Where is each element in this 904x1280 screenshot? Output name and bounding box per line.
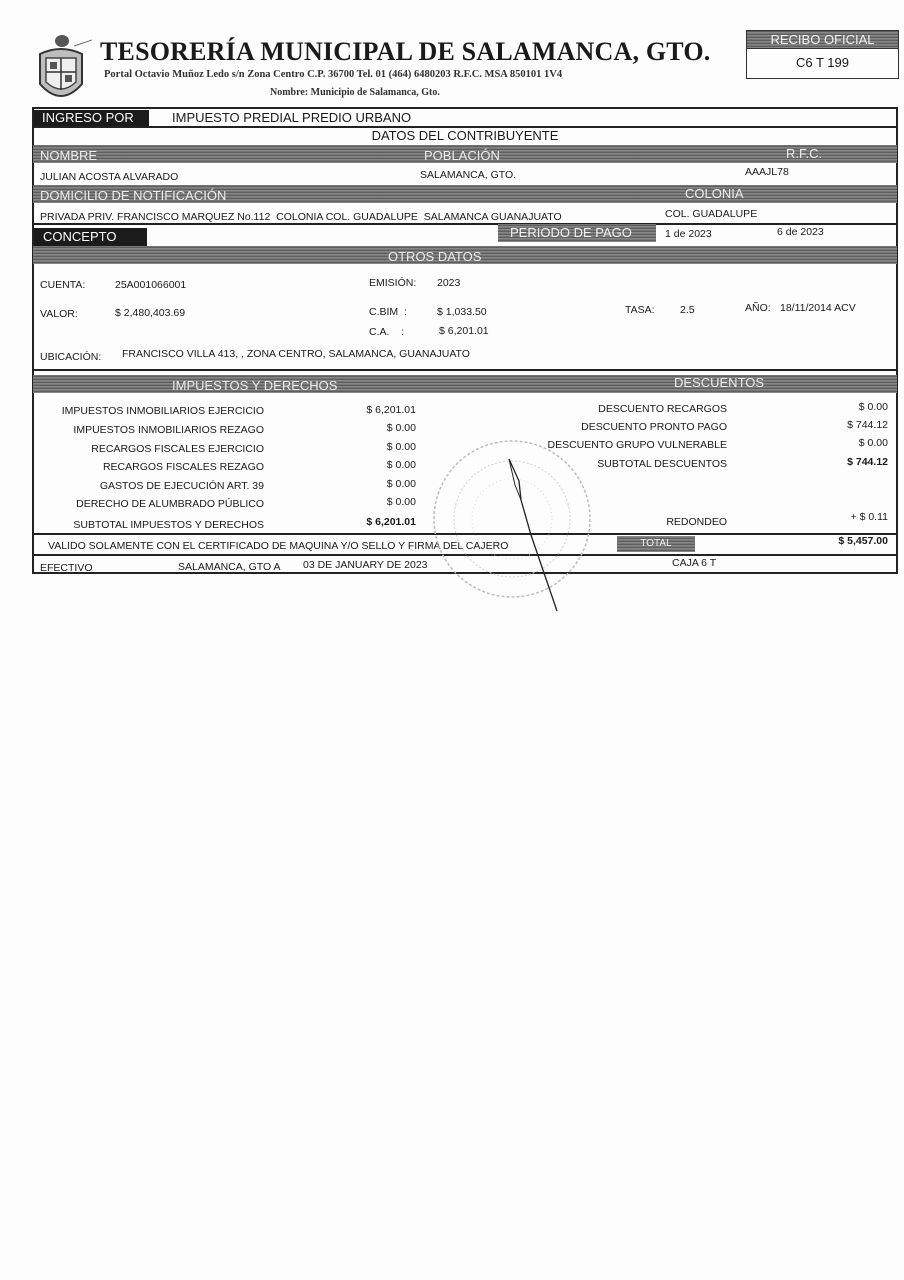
- valor-value: $ 2,480,403.69: [115, 307, 185, 319]
- impuestos-title: IMPUESTOS Y DERECHOS: [172, 378, 337, 393]
- cbim-label: C.BIM :: [369, 306, 407, 318]
- periodo-label: PERIODO DE PAGO: [498, 224, 656, 242]
- rfc-label: R.F.C.: [786, 146, 822, 161]
- impuestos-subtotal-value: $ 6,201.01: [330, 516, 416, 528]
- treasury-address: Portal Octavio Muñoz Ledo s/n Zona Centr…: [104, 69, 562, 80]
- descuento-row-label: DESCUENTO RECARGOS: [500, 403, 727, 415]
- descuento-row-amount: $ 0.00: [800, 437, 888, 449]
- emision-label: EMISIÓN:: [369, 277, 416, 289]
- impuesto-row-amount: $ 0.00: [330, 459, 416, 471]
- treasury-title: TESORERÍA MUNICIPAL DE SALAMANCA, GTO.: [100, 37, 711, 67]
- nombre-label: NOMBRE: [40, 148, 97, 163]
- impuesto-row-label: IMPUESTOS INMOBILIARIOS REZAGO: [40, 424, 264, 436]
- emision-value: 2023: [437, 277, 460, 289]
- descuentos-title: DESCUENTOS: [674, 375, 764, 390]
- descuento-row-label: DESCUENTO PRONTO PAGO: [500, 421, 727, 433]
- poblacion-value: SALAMANCA, GTO.: [420, 169, 516, 181]
- periodo-hasta: 6 de 2023: [777, 226, 824, 238]
- cbim-value: $ 1,033.50: [437, 306, 487, 318]
- total-label: TOTAL: [617, 536, 695, 552]
- otros-datos-title: OTROS DATOS: [388, 249, 481, 264]
- ingreso-value: IMPUESTO PREDIAL PREDIO URBANO: [172, 110, 411, 125]
- impuesto-row-label: GASTOS DE EJECUCIÓN ART. 39: [40, 480, 264, 492]
- impuesto-row-label: DERECHO DE ALUMBRADO PÚBLICO: [40, 498, 264, 510]
- anio-value: 18/11/2014 ACV: [780, 302, 856, 314]
- domicilio-value: PRIVADA PRIV. FRANCISCO MARQUEZ No.112 C…: [40, 211, 562, 223]
- ubicacion-value: FRANCISCO VILLA 413, , ZONA CENTRO, SALA…: [122, 348, 470, 360]
- nombre-value: JULIAN ACOSTA ALVARADO: [40, 171, 178, 183]
- impuesto-row-label: IMPUESTOS INMOBILIARIOS EJERCICIO: [40, 405, 264, 417]
- poblacion-label: POBLACIÓN: [424, 148, 500, 163]
- coat-of-arms-logo: [30, 32, 92, 110]
- impuesto-row-amount: $ 0.00: [330, 496, 416, 508]
- periodo-desde: 1 de 2023: [665, 228, 712, 240]
- ubicacion-label: UBICACIÓN:: [40, 351, 101, 363]
- ca-value: $ 6,201.01: [439, 325, 489, 337]
- cashier-signature-icon: [505, 455, 565, 615]
- rfc-value: AAAJL78: [745, 166, 789, 178]
- tasa-label: TASA:: [625, 304, 655, 316]
- caja: CAJA 6 T: [672, 557, 716, 569]
- impuesto-row-amount: $ 0.00: [330, 422, 416, 434]
- descuentos-subtotal-value: $ 744.12: [800, 456, 888, 468]
- cuenta-value: 25A001066001: [115, 279, 186, 291]
- colonia-label: COLONIA: [685, 186, 744, 201]
- impuesto-row-label: RECARGOS FISCALES REZAGO: [40, 461, 264, 473]
- date: 03 DE JANUARY DE 2023: [303, 559, 428, 571]
- total-value: $ 5,457.00: [800, 535, 888, 547]
- domicilio-label: DOMICILIO DE NOTIFICACIÓN: [40, 188, 226, 203]
- impuestos-descuentos-header-bar: [33, 375, 897, 393]
- impuestos-subtotal-label: SUBTOTAL IMPUESTOS Y DERECHOS: [40, 519, 264, 531]
- impuesto-row-amount: $ 0.00: [330, 441, 416, 453]
- contribuyente-section-title: DATOS DEL CONTRIBUYENTE: [32, 128, 898, 143]
- descuento-row-amount: $ 744.12: [800, 419, 888, 431]
- colonia-value: COL. GUADALUPE: [665, 208, 757, 220]
- cuenta-label: CUENTA:: [40, 279, 85, 291]
- impuesto-row-label: RECARGOS FISCALES EJERCICIO: [40, 443, 264, 455]
- treasury-name-line: Nombre: Municipio de Salamanca, Gto.: [270, 87, 440, 98]
- ingreso-label: INGRESO POR: [34, 110, 149, 126]
- concepto-label: CONCEPTO: [34, 228, 147, 246]
- impuesto-row-amount: $ 0.00: [330, 478, 416, 490]
- redondeo-value: + $ 0.11: [800, 511, 888, 523]
- tasa-value: 2.5: [680, 304, 695, 316]
- anio-label: AÑO:: [745, 302, 771, 314]
- receipt-label: RECIBO OFICIAL: [746, 30, 899, 49]
- ca-label: C.A. :: [369, 326, 404, 338]
- valor-label: VALOR:: [40, 308, 78, 320]
- cashier-signature: [505, 455, 565, 615]
- descuento-row-amount: $ 0.00: [800, 401, 888, 413]
- receipt-number: C6 T 199: [746, 55, 899, 70]
- impuesto-row-amount: $ 6,201.01: [330, 404, 416, 416]
- municipal-coat-of-arms-icon: [30, 32, 92, 110]
